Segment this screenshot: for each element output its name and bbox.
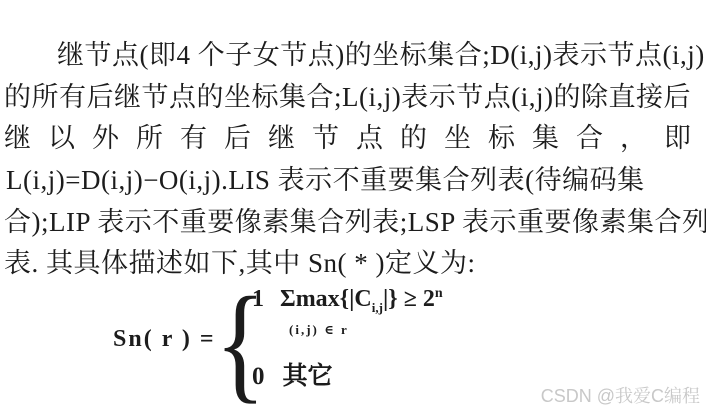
case2-value: 0 (252, 363, 265, 390)
case1-condition: (i,j) ∈ r (289, 322, 349, 338)
formula-lhs: Sn( r ) = (113, 326, 216, 353)
case1-expr-post: |} ≥ 2 (383, 286, 435, 312)
csdn-watermark: CSDN @我爱C编程 (541, 382, 700, 408)
case1-superscript: n (435, 286, 443, 301)
paragraph-line-5: 合);LIP 表示不重要像素集合列表;LSP 表示重要像素集合列 (4, 206, 706, 238)
case2-label: 其它 (283, 363, 333, 390)
scanned-paper-page: 继节点(即4 个子女节点)的坐标集合;D(i,j)表示节点(i,j) 的所有后继… (0, 0, 706, 414)
case1-value: 1 (252, 286, 264, 312)
case1-expr-pre: Σmax{|C (280, 286, 372, 312)
formula-case-2: 0其它 (252, 356, 333, 392)
case1-subscript: i,j (372, 300, 383, 315)
paragraph-line-1: 继节点(即4 个子女节点)的坐标集合;D(i,j)表示节点(i,j) (57, 39, 705, 71)
paragraph-line-3: 继以外所有后继节点的坐标集合，即 (4, 122, 706, 154)
paragraph-line-4: L(i,j)=D(i,j)−O(i,j).LIS 表示不重要集合列表(待编码集 (6, 164, 645, 196)
paragraph-line-2: 的所有后继节点的坐标集合;L(i,j)表示节点(i,j)的除直接后 (4, 81, 691, 113)
formula-case-1: 1Σmax{|Ci,j|} ≥ 2n (252, 286, 443, 316)
